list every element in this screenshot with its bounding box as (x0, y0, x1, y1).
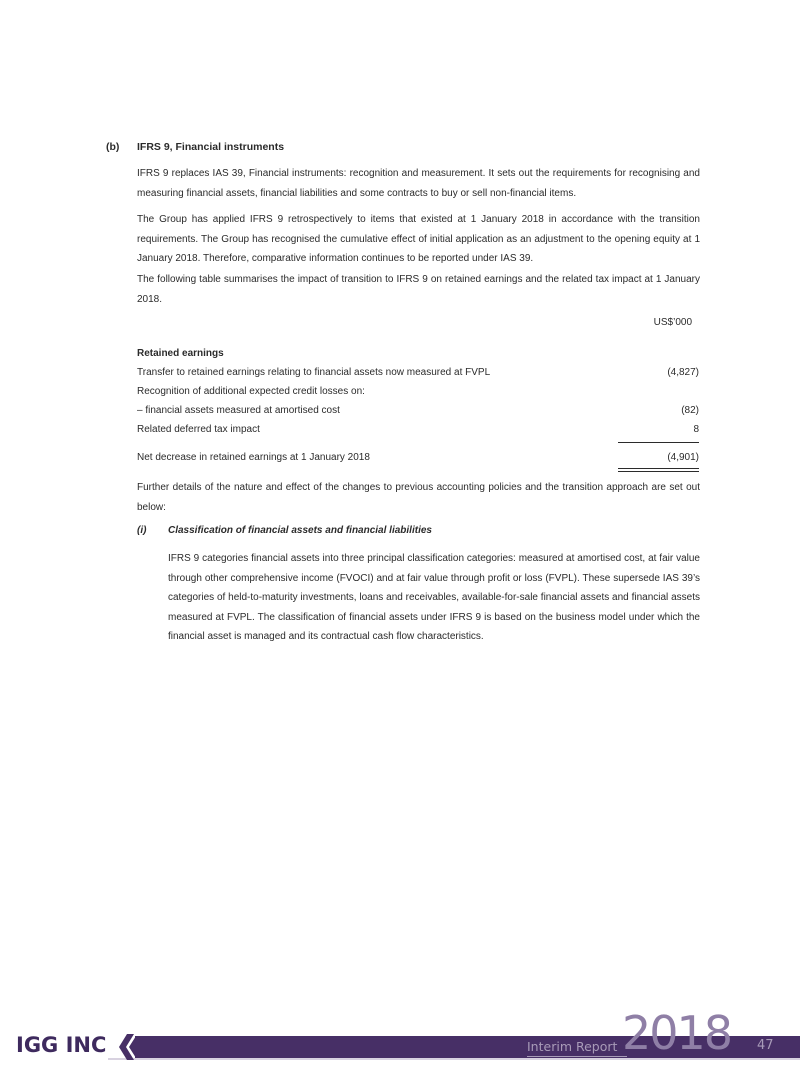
report-year: 2018 (622, 1009, 731, 1057)
row-label: Transfer to retained earnings relating t… (137, 363, 490, 382)
retained-earnings-table: Retained earnings Transfer to retained e… (137, 344, 699, 467)
row-label: Recognition of additional expected credi… (137, 382, 365, 401)
report-underline (527, 1056, 627, 1057)
total-double-rule (618, 468, 699, 472)
table-row: – financial assets measured at amortised… (137, 401, 699, 420)
table-unit-label: US$’000 (654, 317, 692, 328)
table-intro-paragraph: The following table summarises the impac… (137, 270, 700, 309)
intro-paragraph: IFRS 9 replaces IAS 39, Financial instru… (137, 164, 700, 203)
page-number: 47 (757, 1038, 774, 1053)
further-details-paragraph: Further details of the nature and effect… (137, 478, 700, 517)
row-label: – financial assets measured at amortised… (137, 401, 340, 420)
row-label: Related deferred tax impact (137, 420, 260, 439)
row-value: (4,827) (667, 363, 699, 382)
classification-paragraph: IFRS 9 categories financial assets into … (168, 549, 700, 647)
section-title: IFRS 9, Financial instruments (137, 141, 284, 153)
table-heading: Retained earnings (137, 344, 224, 363)
total-value: (4,901) (667, 448, 699, 467)
row-value: (82) (681, 401, 699, 420)
row-value: 8 (693, 420, 699, 439)
section-number: (b) (106, 141, 119, 153)
report-label: Interim Report (527, 1039, 617, 1054)
total-label: Net decrease in retained earnings at 1 J… (137, 448, 370, 467)
table-row: Transfer to retained earnings relating t… (137, 363, 699, 382)
chevron-left-icon (118, 1034, 142, 1060)
subsection-title: Classification of financial assets and f… (168, 525, 432, 536)
table-total-row: Net decrease in retained earnings at 1 J… (137, 448, 699, 467)
table-row: Related deferred tax impact 8 (137, 420, 699, 439)
subtotal-rule (618, 442, 699, 443)
document-page: (b) IFRS 9, Financial instruments IFRS 9… (0, 0, 800, 1085)
table-heading-row: Retained earnings (137, 344, 699, 363)
table-row: Recognition of additional expected credi… (137, 382, 699, 401)
page-footer: IGG INC Interim Report 2018 47 (0, 1005, 800, 1085)
company-logo: IGG INC (16, 1033, 106, 1057)
subsection-number: (i) (137, 525, 146, 536)
application-paragraph: The Group has applied IFRS 9 retrospecti… (137, 210, 700, 269)
